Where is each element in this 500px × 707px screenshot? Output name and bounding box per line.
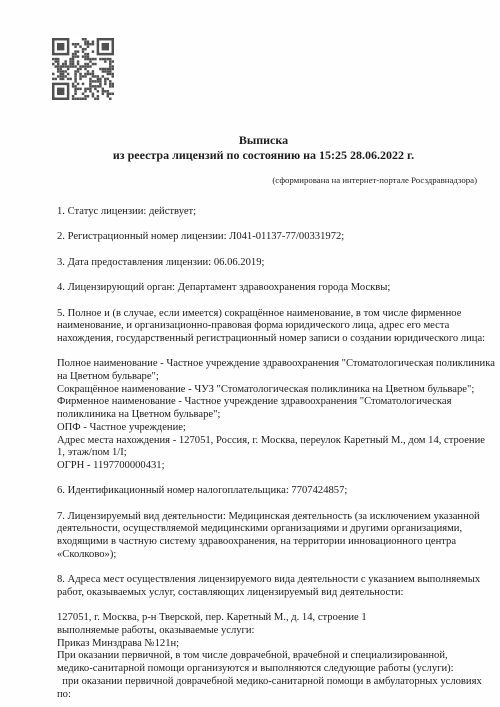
paragraph-license-status: 1. Статус лицензии: действует;: [57, 206, 497, 219]
title-line-2: из реестра лицензий по состоянию на 15:2…: [57, 148, 470, 163]
document-page: Выписка из реестра лицензий по состоянию…: [0, 0, 500, 707]
qr-code-icon: [52, 38, 114, 100]
paragraph-org-names-intro: 5. Полное и (в случае, если имеется) сок…: [57, 308, 497, 346]
paragraph-taxpayer-number: 6. Идентификационный номер налогоплатель…: [57, 485, 497, 498]
paragraph-license-date: 3. Дата предоставления лицензии: 06.06.2…: [57, 257, 497, 270]
document-subtitle: (сформирована на интернет-портале Росздр…: [272, 175, 477, 186]
paragraph-activity-addresses-intro: 8. Адреса мест осуществления лицензируем…: [57, 574, 497, 599]
paragraph-org-names: Полное наименование - Частное учреждение…: [57, 358, 497, 472]
paragraph-licensing-authority: 4. Лицензирующий орган: Департамент здра…: [57, 282, 497, 295]
title-line-1: Выписка: [57, 133, 470, 148]
document-body: 1. Статус лицензии: действует;2. Регистр…: [57, 206, 497, 707]
document-title: Выписка из реестра лицензий по состоянию…: [57, 133, 470, 163]
paragraph-licensed-activity: 7. Лицензируемый вид деятельности: Медиц…: [57, 511, 497, 562]
paragraph-license-number: 2. Регистрационный номер лицензии: Л041-…: [57, 231, 497, 244]
paragraph-activity-address-details: 127051, г. Москва, р-н Тверской, пер. Ка…: [57, 612, 497, 701]
